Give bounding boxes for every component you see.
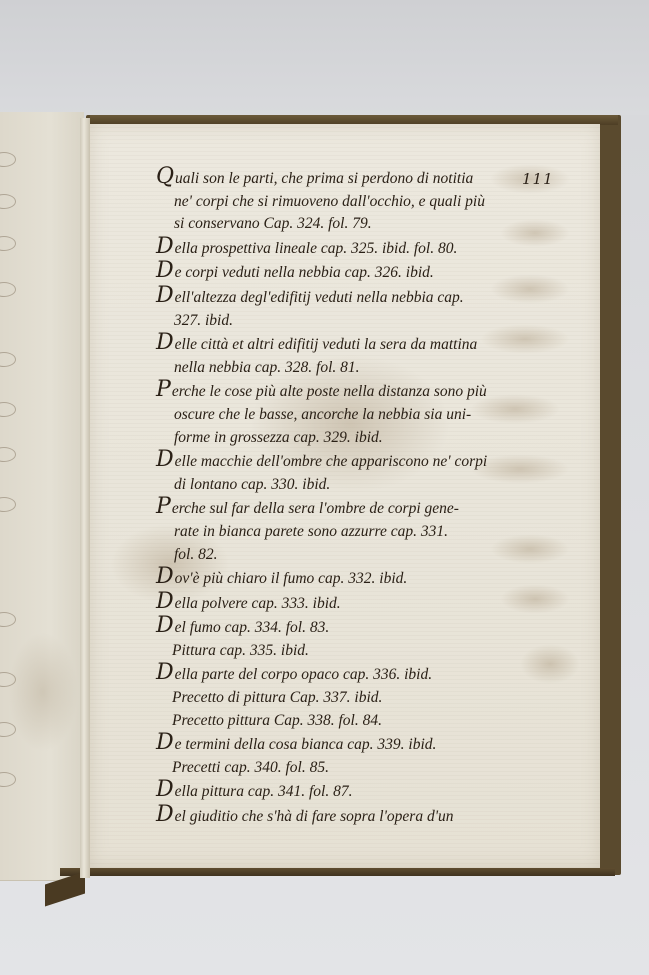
index-entry: Precetti cap. 340. fol. 85. — [150, 757, 530, 780]
decorated-initial: P — [156, 494, 171, 519]
entry-heading-line: De termini della cosa bianca cap. 339. i… — [150, 732, 530, 757]
book-gutter — [80, 118, 90, 878]
bleed-through-loop — [0, 402, 16, 417]
entry-heading-line: Della parte del corpo opaco cap. 336. ib… — [150, 662, 530, 687]
bleed-through-loop — [0, 152, 16, 167]
entry-heading-line: Perche le cose più alte poste nella dist… — [150, 379, 530, 404]
entry-continuation-line: oscure che le basse, ancorche la nebbia … — [150, 404, 530, 427]
entry-heading-line: Pittura cap. 335. ibid. — [150, 640, 530, 663]
decorated-initial: D — [156, 330, 174, 355]
index-entry: Precetto pittura Cap. 338. fol. 84. — [150, 710, 530, 733]
index-entry: Della prospettiva lineale cap. 325. ibid… — [150, 236, 530, 261]
index-entries: Quali son le parti, che prima si perdono… — [150, 166, 530, 829]
entry-heading-line: Precetti cap. 340. fol. 85. — [150, 757, 530, 780]
entry-heading-line: De corpi veduti nella nebbia cap. 326. i… — [150, 260, 530, 285]
entry-heading-line: Dell'altezza degl'edifitij veduti nella … — [150, 285, 530, 310]
index-entry: De termini della cosa bianca cap. 339. i… — [150, 732, 530, 757]
decorated-initial: D — [156, 777, 174, 802]
entry-heading-line: Precetto di pittura Cap. 337. ibid. — [150, 687, 530, 710]
index-entry: Perche le cose più alte poste nella dist… — [150, 379, 530, 449]
entry-continuation-line: 327. ibid. — [150, 310, 530, 333]
index-entry: Della parte del corpo opaco cap. 336. ib… — [150, 662, 530, 687]
bleed-through-loop — [0, 612, 16, 627]
entry-heading-line: Della pittura cap. 341. fol. 87. — [150, 779, 530, 804]
left-page — [0, 112, 84, 881]
bleed-through-loop — [0, 352, 16, 367]
index-entry: Della polvere cap. 333. ibid. — [150, 591, 530, 616]
entry-heading-line: Del giuditio che s'hà di fare sopra l'op… — [150, 804, 530, 829]
bleed-through-loop — [0, 236, 16, 251]
bleed-through-loop — [0, 447, 16, 462]
entry-heading-line: Della prospettiva lineale cap. 325. ibid… — [150, 236, 530, 261]
bleed-through-loop — [0, 497, 16, 512]
index-entry: Dell'altezza degl'edifitij veduti nella … — [150, 285, 530, 332]
entry-heading-line: Del fumo cap. 334. fol. 83. — [150, 615, 530, 640]
entry-heading-line: Precetto pittura Cap. 338. fol. 84. — [150, 710, 530, 733]
index-entry: Della pittura cap. 341. fol. 87. — [150, 779, 530, 804]
decorated-initial: D — [156, 564, 174, 589]
bleed-through-loop — [0, 282, 16, 297]
decorated-initial: D — [156, 613, 174, 638]
index-entry: Delle macchie dell'ombre che appariscono… — [150, 449, 530, 496]
entry-continuation-line: fol. 82. — [150, 544, 530, 567]
entry-heading-line: Perche sul far della sera l'ombre de cor… — [150, 496, 530, 521]
decorated-initial: D — [156, 283, 174, 308]
index-entry: Del fumo cap. 334. fol. 83. — [150, 615, 530, 640]
decorated-initial: D — [156, 802, 174, 827]
entry-continuation-line: ne' corpi che si rimuoveno dall'occhio, … — [150, 191, 530, 214]
index-entry: De corpi veduti nella nebbia cap. 326. i… — [150, 260, 530, 285]
entry-continuation-line: di lontano cap. 330. ibid. — [150, 474, 530, 497]
decorated-initial: D — [156, 589, 174, 614]
index-entry: Del giuditio che s'hà di fare sopra l'op… — [150, 804, 530, 829]
entry-heading-line: Della polvere cap. 333. ibid. — [150, 591, 530, 616]
decorated-initial: D — [156, 447, 174, 472]
index-entry: Pittura cap. 335. ibid. — [150, 640, 530, 663]
decorated-initial: D — [156, 730, 174, 755]
decorated-initial: Q — [156, 164, 174, 189]
decorated-initial: P — [156, 377, 171, 402]
index-entry: Delle città et altri edifitij veduti la … — [150, 332, 530, 379]
entry-continuation-line: forme in grossezza cap. 329. ibid. — [150, 427, 530, 450]
decorated-initial: D — [156, 258, 174, 283]
decorated-initial: D — [156, 234, 174, 259]
index-entry: Quali son le parti, che prima si perdono… — [150, 166, 530, 236]
index-entry: Perche sul far della sera l'ombre de cor… — [150, 496, 530, 566]
index-entry: Dov'è più chiaro il fumo cap. 332. ibid. — [150, 566, 530, 591]
background-shadow — [0, 0, 649, 115]
decorated-initial: D — [156, 660, 174, 685]
bleed-through-loop — [0, 772, 16, 787]
entry-continuation-line: rate in bianca parete sono azzurre cap. … — [150, 521, 530, 544]
entry-heading-line: Delle macchie dell'ombre che appariscono… — [150, 449, 530, 474]
bleed-through-loop — [0, 194, 16, 209]
entry-continuation-line: nella nebbia cap. 328. fol. 81. — [150, 357, 530, 380]
entry-continuation-line: si conservano Cap. 324. fol. 79. — [150, 213, 530, 236]
entry-heading-line: Dov'è più chiaro il fumo cap. 332. ibid. — [150, 566, 530, 591]
water-stain — [8, 632, 78, 752]
index-entry: Precetto di pittura Cap. 337. ibid. — [150, 687, 530, 710]
entry-heading-line: Quali son le parti, che prima si perdono… — [150, 166, 530, 191]
cover-bottom-edge — [60, 868, 615, 876]
entry-heading-line: Delle città et altri edifitij veduti la … — [150, 332, 530, 357]
